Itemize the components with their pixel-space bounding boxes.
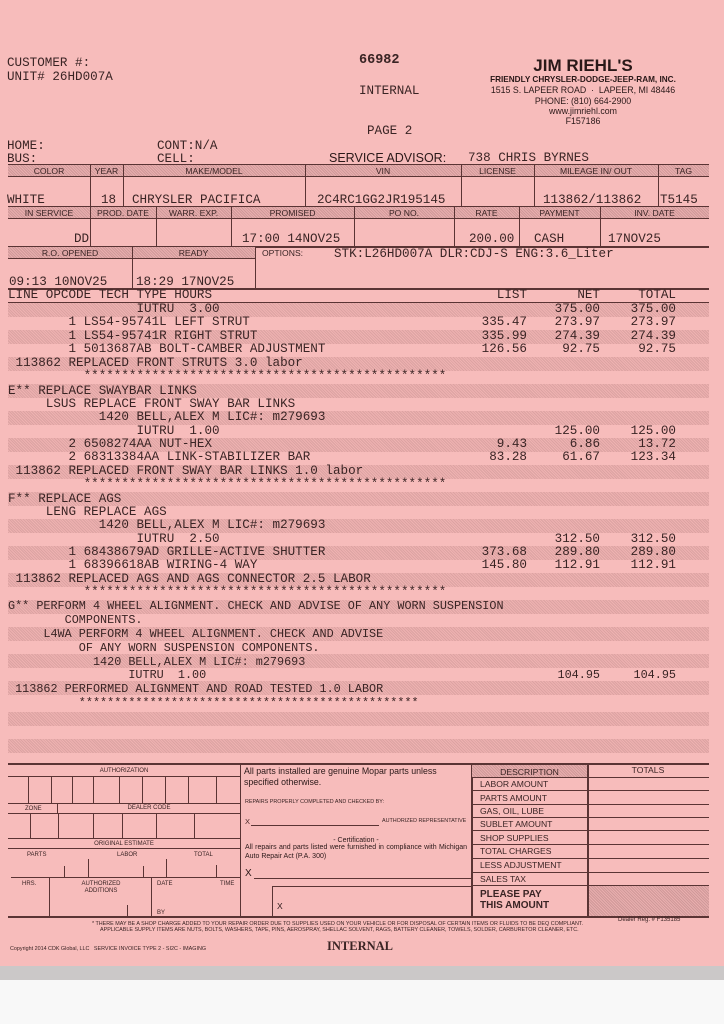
rule <box>58 813 59 838</box>
dealer-address: 1515 S. LAPEER ROAD · LAPEER, MI 48446 <box>464 85 702 95</box>
totals-header: TOTALS <box>587 765 709 775</box>
invoice-number: 66982 <box>359 54 400 68</box>
separator-line: ****************************************… <box>8 586 446 600</box>
summary-label-total-charges: TOTAL CHARGES <box>474 846 586 856</box>
rule <box>8 176 709 177</box>
rule <box>11 877 240 878</box>
rule <box>151 877 152 916</box>
total-label: TOTAL <box>194 852 213 858</box>
stripe <box>8 739 709 753</box>
labor-label: LABOR <box>117 852 137 858</box>
rule <box>143 866 144 877</box>
rule <box>49 877 50 916</box>
rule <box>231 206 232 246</box>
ro-opened-label: R.O. OPENED <box>8 248 132 258</box>
line-item: OF ANY WORN SUSPENSION COMPONENTS. <box>8 642 320 656</box>
rule <box>305 164 306 206</box>
net-header: NET <box>540 289 600 303</box>
rule <box>8 803 240 804</box>
warr-exp-label: WARR. EXP. <box>156 208 231 218</box>
line-item: 1420 BELL,ALEX M LIC#: m279693 <box>8 519 325 533</box>
summary-label-gas-oil-lube: GAS, OIL, LUBE <box>474 806 586 816</box>
zone-label: ZONE <box>25 806 42 812</box>
rule <box>472 844 709 845</box>
line-item: 2 68313384AA LINK-STABILIZER BAR <box>8 451 310 465</box>
dealer-name: JIM RIEHL'S <box>474 56 692 76</box>
stripe <box>8 712 709 726</box>
summary-label-labor: LABOR AMOUNT <box>474 779 586 789</box>
customer-number-label: CUSTOMER #: <box>7 57 90 71</box>
line-item: G** PERFORM 4 WHEEL ALIGNMENT. CHECK AND… <box>8 600 504 614</box>
rule <box>93 813 94 838</box>
original-estimate-label: ORIGINAL ESTIMATE <box>8 841 240 847</box>
license-label: LICENSE <box>461 166 534 176</box>
summary-label-sublet: SUBLET AMOUNT <box>474 819 586 829</box>
authorized-additions-label: AUTHORIZED ADDITIONS <box>66 881 136 894</box>
rule <box>156 206 157 246</box>
rule <box>132 246 133 288</box>
rule <box>472 830 709 831</box>
please-pay-line1: PLEASE PAY <box>474 889 586 900</box>
mopar-notice: All parts installed are genuine Mopar pa… <box>244 766 470 787</box>
dealer-form-id: F157186 <box>464 116 702 126</box>
shop-charge-notice-2: APPLICABLE SUPPLY ITEMS ARE NUTS, BOLTS,… <box>100 927 579 933</box>
rule <box>272 886 472 887</box>
promised-value: 17:00 14NOV25 <box>242 233 340 247</box>
make-model-label: MAKE/MODEL <box>123 166 305 176</box>
line-list: 126.56 <box>470 343 527 357</box>
rep-sign-x: X <box>245 817 250 826</box>
summary-label-parts: PARTS AMOUNT <box>474 793 586 803</box>
rule <box>188 776 189 803</box>
separator-line: ****************************************… <box>8 478 446 492</box>
summary-label-sales-tax: SALES TAX <box>474 874 586 884</box>
rule <box>72 776 73 803</box>
dealer-tagline: FRIENDLY CHRYSLER-DODGE-JEEP-RAM, INC. <box>464 75 702 84</box>
dealer-reg: Dealer Reg. # F135185 <box>618 917 680 923</box>
description-header: DESCRIPTION <box>472 767 587 777</box>
line-net: 104.95 <box>540 669 600 683</box>
rule <box>156 813 157 838</box>
line-net: 273.97 <box>540 316 600 330</box>
invoice-page: CUSTOMER #: UNIT# 26HD007A 66982 INTERNA… <box>0 0 724 966</box>
rep-signature-line[interactable] <box>251 825 379 826</box>
lines-header-left: LINE OPCODE TECH TYPE HOURS <box>8 289 212 303</box>
rate-label: RATE <box>454 208 519 218</box>
promised-label: PROMISED <box>231 208 354 218</box>
rule <box>454 206 455 246</box>
dealer-website: www.jimriehl.com <box>464 106 702 116</box>
summary-label-shop-supplies: SHOP SUPPLIES <box>474 833 586 843</box>
unit-number: UNIT# 26HD007A <box>7 71 113 85</box>
rate-value: 200.00 <box>469 233 514 247</box>
ready-label: READY <box>132 248 255 258</box>
line-total: 273.97 <box>612 316 676 330</box>
prod-date-label: PROD. DATE <box>90 208 156 218</box>
payment-value: CASH <box>534 233 564 247</box>
rule <box>472 817 709 818</box>
rule <box>8 838 240 839</box>
line-net: 92.75 <box>540 343 600 357</box>
time-label: TIME <box>220 881 234 887</box>
date-label: DATE <box>157 881 173 887</box>
rule <box>30 813 31 838</box>
line-net: 112.91 <box>540 559 600 573</box>
line-item: COMPONENTS. <box>8 614 143 628</box>
rule <box>119 776 120 803</box>
summary-label-less-adjustment: LESS ADJUSTMENT <box>474 860 586 870</box>
line-total: 92.75 <box>612 343 676 357</box>
rule <box>90 206 91 246</box>
line-item: 1420 BELL,ALEX M LIC#: m279693 <box>8 411 325 425</box>
rule <box>64 866 65 877</box>
rule <box>142 776 143 803</box>
dealer-phone: PHONE: (810) 664-2900 <box>464 96 702 106</box>
line-item: 1 5013687AB BOLT-CAMBER ADJUSTMENT <box>8 343 325 357</box>
rule <box>472 804 709 805</box>
rule <box>8 916 709 918</box>
rule <box>165 776 166 803</box>
line-item: 1 68396618AB WIRING-4 WAY <box>8 559 257 573</box>
rule <box>8 776 240 777</box>
total-header: TOTAL <box>612 289 676 303</box>
page-shadow <box>0 966 724 980</box>
copy-type: INTERNAL <box>359 85 419 99</box>
rule <box>272 886 273 916</box>
tag-label: TAG <box>658 166 709 176</box>
separator-line: ****************************************… <box>8 370 446 384</box>
in-service-value: DD <box>74 233 89 247</box>
please-pay-line2: THIS AMOUNT <box>474 900 586 911</box>
rule <box>127 905 128 916</box>
line-total: 123.34 <box>612 451 676 465</box>
line-list: 83.28 <box>470 451 527 465</box>
rule <box>122 813 123 838</box>
rule <box>519 206 520 246</box>
rule <box>28 776 29 803</box>
color-label: COLOR <box>8 166 90 176</box>
rule <box>8 218 709 219</box>
list-header: LIST <box>470 289 527 303</box>
cert-signature-line[interactable] <box>254 878 471 879</box>
options-value: STK:L26HD007A DLR:CDJ-S ENG:3.6_Liter <box>334 248 614 262</box>
repairs-checked-label: REPAIRS PROPERLY COMPLETED AND CHECKED B… <box>245 799 384 805</box>
parts-label: PARTS <box>27 852 46 858</box>
please-pay-amount-box <box>589 886 709 916</box>
rule <box>88 859 89 877</box>
certification-text: All repairs and parts listed were furnis… <box>245 844 467 861</box>
payment-label: PAYMENT <box>519 208 600 218</box>
line-list: 145.80 <box>470 559 527 573</box>
line-list: 335.47 <box>470 316 527 330</box>
certification-title: - Certification - <box>240 837 472 844</box>
dealer-code-label: DEALER CODE <box>58 805 240 811</box>
rule <box>216 865 217 877</box>
rule <box>93 776 94 803</box>
rule <box>51 776 52 803</box>
options-label: OPTIONS: <box>262 248 303 258</box>
rule <box>600 206 601 246</box>
rule <box>472 777 709 778</box>
inv-date-label: INV. DATE <box>600 208 709 218</box>
rule <box>658 164 659 206</box>
by-label: BY <box>157 910 165 916</box>
line-item: IUTRU 1.00 <box>8 669 206 683</box>
in-service-label: IN SERVICE <box>8 208 90 218</box>
rule <box>8 813 240 814</box>
vin-label: VIN <box>305 166 461 176</box>
rule <box>354 206 355 246</box>
year-label: YEAR <box>90 166 123 176</box>
line-item: 113862 PERFORMED ALIGNMENT AND ROAD TEST… <box>8 683 383 697</box>
rule <box>194 813 195 838</box>
rule <box>534 164 535 206</box>
rule <box>8 848 240 849</box>
rule <box>461 164 462 206</box>
customer-sign-x: X <box>277 901 283 911</box>
copyright: Copyright 2014 CDK Global, LLC SERVICE I… <box>10 946 206 952</box>
line-net: 61.67 <box>540 451 600 465</box>
service-advisor-label: SERVICE ADVISOR: <box>329 151 446 165</box>
page-number: PAGE 2 <box>367 125 412 139</box>
rule <box>472 858 709 859</box>
line-total: 112.91 <box>612 559 676 573</box>
line-item: 1 LS54-95741L LEFT STRUT <box>8 316 250 330</box>
line-total: 104.95 <box>612 669 676 683</box>
separator-line: ****************************************… <box>8 697 419 711</box>
rule <box>166 859 167 877</box>
inv-date-value: 17NOV25 <box>608 233 661 247</box>
copy-type-footer: INTERNAL <box>327 940 393 954</box>
rule <box>123 164 124 206</box>
rule <box>472 790 709 791</box>
hrs-label: HRS. <box>22 881 36 887</box>
cert-sign-x: X <box>245 868 252 879</box>
rule <box>216 776 217 803</box>
rule <box>57 803 58 813</box>
rule <box>255 246 256 288</box>
authorization-label: AUTHORIZATION <box>8 768 240 774</box>
rule <box>472 872 709 873</box>
authorized-rep-label: AUTHORIZED REPRESENTATIVE <box>382 818 466 824</box>
po-no-label: PO NO. <box>354 208 454 218</box>
line-item: L4WA PERFORM 4 WHEEL ALIGNMENT. CHECK AN… <box>8 628 383 642</box>
mileage-label: MILEAGE IN/ OUT <box>534 166 658 176</box>
rule <box>90 164 91 206</box>
